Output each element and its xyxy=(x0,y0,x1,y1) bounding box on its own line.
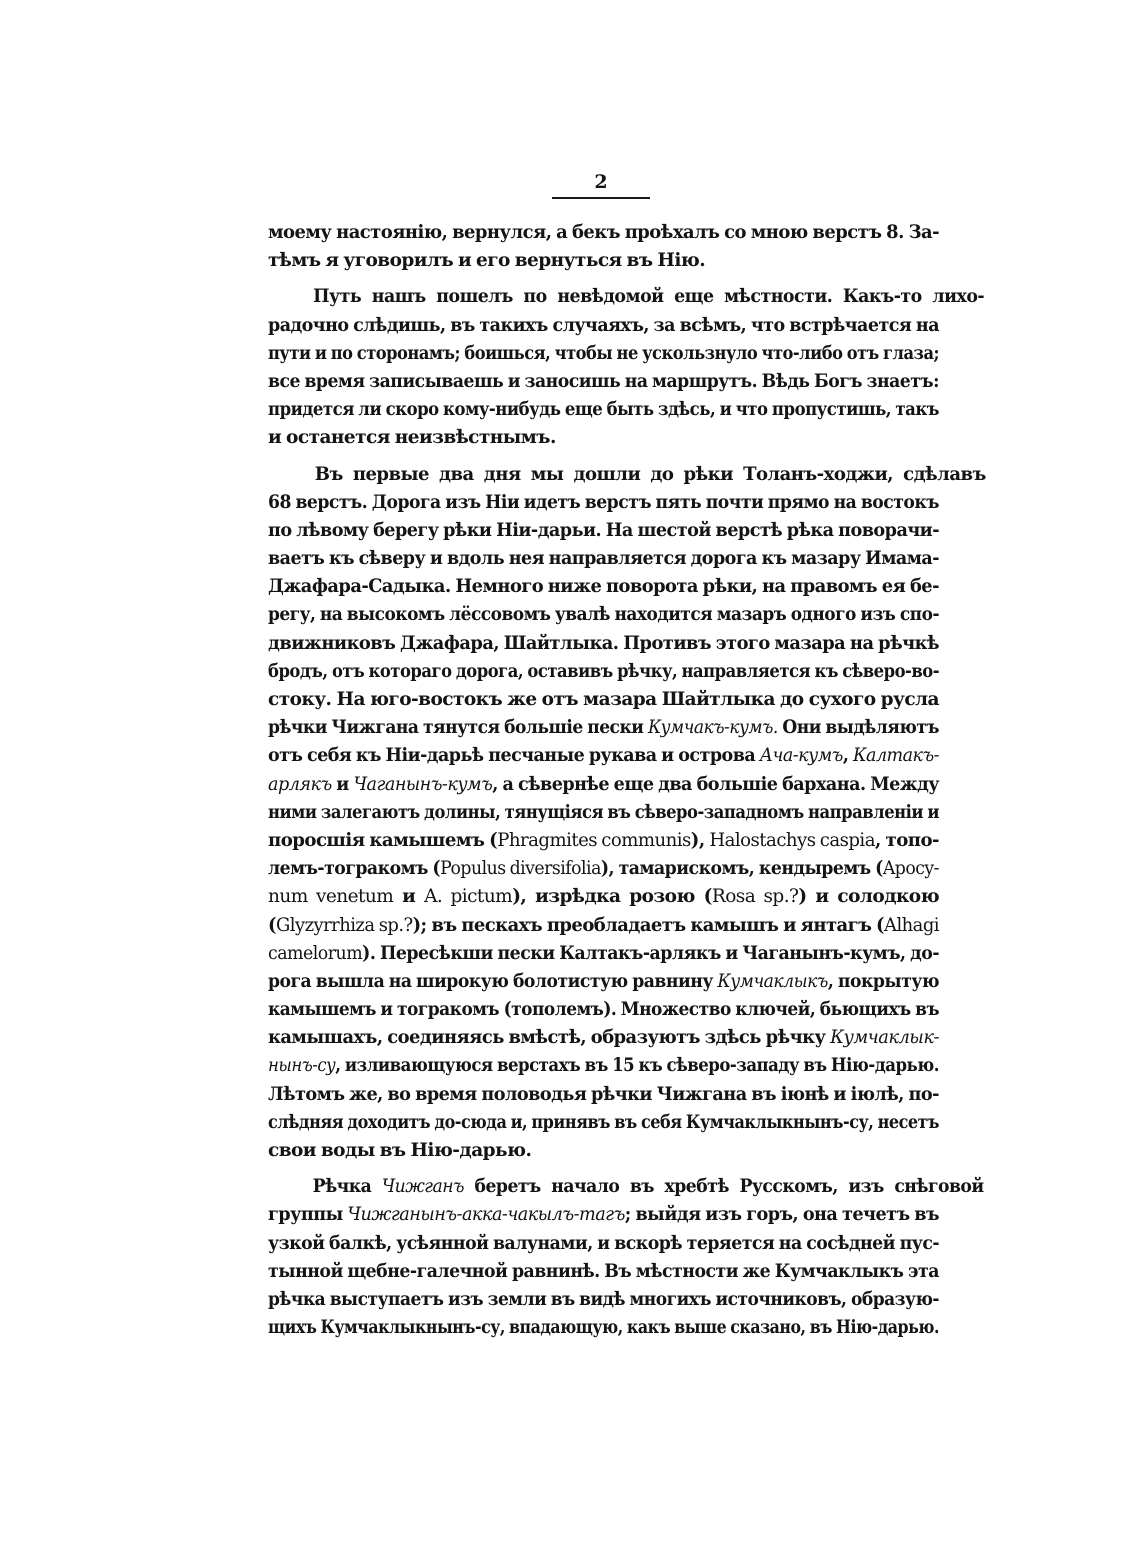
text-line: придется ли скоро кому-нибудь еще быть з… xyxy=(268,396,939,424)
paragraph: моему настоянію, вернулся, а бекъ проѣха… xyxy=(268,219,939,275)
place-name: Кумчакъ-кумъ. xyxy=(648,717,778,738)
text-line: (Glyzyrrhiza sp.?); въ пескахъ преоблада… xyxy=(268,912,939,940)
text-line: Лѣтомъ же, во время половодья рѣчки Чижг… xyxy=(268,1081,939,1109)
text-run: регу, на высокомъ лёссовомъ увалѣ находи… xyxy=(268,604,939,625)
latin-name: Rosa sp.? xyxy=(712,886,799,907)
latin-name: A. pictum xyxy=(424,886,512,907)
text-run: Джафара-Садыка. Немного ниже поворота рѣ… xyxy=(268,576,939,597)
text-line: пути и по сторонамъ; боишься, чтобы не у… xyxy=(268,340,939,368)
text-run: , xyxy=(843,745,853,766)
latin-name: Alhagi xyxy=(884,915,939,936)
text-line: щихъ Кумчаклыкнынъ-су, впадающую, какъ в… xyxy=(268,1314,939,1342)
text-run: камышахъ, соединяясь вмѣстѣ, образуютъ з… xyxy=(268,1027,830,1048)
text-run: ; выйдя изъ горъ, она течетъ въ xyxy=(625,1204,939,1225)
text-run: отъ себя къ Ніи-дарьѣ песчаные рукава и … xyxy=(268,745,760,766)
text-run: Въ первые два дня мы дошли до рѣки Толан… xyxy=(315,464,986,485)
text-line: ними залегаютъ долины, тянущіяся въ сѣве… xyxy=(268,799,939,827)
text-run: движниковъ Джафара, Шайтлыка. Противъ эт… xyxy=(268,633,939,654)
latin-name: num venetum xyxy=(268,886,393,907)
text-line: регу, на высокомъ лёссовомъ увалѣ находи… xyxy=(268,601,939,629)
place-name: Кумчаклык- xyxy=(830,1027,939,1048)
text-line: рѣчка выступаетъ изъ земли въ видѣ многи… xyxy=(268,1286,939,1314)
text-run: поросшія камышемъ ( xyxy=(268,830,497,851)
text-run: ) и солодкою xyxy=(798,886,939,907)
text-run: радочно слѣдишь, въ такихъ случаяхъ, за … xyxy=(268,315,939,336)
place-name: Ача-кумъ xyxy=(760,745,843,766)
text-line: по лѣвому берегу рѣки Ніи-дарьи. На шест… xyxy=(268,517,939,545)
text-line: моему настоянію, вернулся, а бекъ проѣха… xyxy=(268,219,939,247)
header-rule xyxy=(552,197,650,199)
text-run: ). Пересѣкши пески Калтакъ-арлякъ и Чага… xyxy=(362,943,939,964)
text-line: рога вышла на широкую болотистую равнину… xyxy=(268,968,939,996)
text-run: и xyxy=(393,886,424,907)
text-line: все время записываешь и заносишь на марш… xyxy=(268,368,939,396)
text-line: ваетъ къ сѣверу и вдоль нея направляется… xyxy=(268,545,939,573)
text-run: ), изрѣдка розою ( xyxy=(512,886,712,907)
text-line: камышахъ, соединяясь вмѣстѣ, образуютъ з… xyxy=(268,1024,939,1052)
text-line: Джафара-Садыка. Немного ниже поворота рѣ… xyxy=(268,573,939,601)
text-run: , а сѣвернѣе еще два большіе бархана. Ме… xyxy=(492,774,939,795)
text-run: 68 верстъ. Дорога изъ Ніи идетъ верстъ п… xyxy=(268,492,939,513)
text-line: слѣдняя доходитъ до-сюда и, принявъ въ с… xyxy=(268,1109,939,1137)
text-run: , покрытую xyxy=(828,971,939,992)
text-line: отъ себя къ Ніи-дарьѣ песчаные рукава и … xyxy=(268,742,939,770)
text-line: бродъ, отъ котораго дорога, оставивъ рѣч… xyxy=(268,658,939,686)
paragraph: Рѣчка Чижганъ беретъ начало въ хребтѣ Ру… xyxy=(268,1173,939,1342)
text-run: Лѣтомъ же, во время половодья рѣчки Чижг… xyxy=(268,1084,939,1105)
text-line: Въ первые два дня мы дошли до рѣки Толан… xyxy=(268,461,986,489)
text-run: стоку. На юго-востокъ же отъ мазара Шайт… xyxy=(268,689,939,710)
text-run: тынной щебне-галечной равнинѣ. Въ мѣстно… xyxy=(268,1261,939,1282)
latin-name: Populus diversifolia xyxy=(440,858,601,879)
latin-name: camelorum xyxy=(268,943,362,964)
text-run: слѣдняя доходитъ до-сюда и, принявъ въ с… xyxy=(268,1112,939,1133)
text-line: узкой балкѣ, усѣянной валунами, и вскорѣ… xyxy=(268,1230,939,1258)
text-run: щихъ Кумчаклыкнынъ-су, впадающую, какъ в… xyxy=(268,1317,939,1338)
text-run: беретъ начало въ хребтѣ Русскомъ, изъ сн… xyxy=(464,1176,984,1197)
page-header: 2 xyxy=(552,170,650,199)
text-line: тѣмъ я уговорилъ и его вернуться въ Нію. xyxy=(268,247,939,275)
text-run: свои воды въ Нію-дарью. xyxy=(268,1140,531,1161)
text-line: стоку. На юго-востокъ же отъ мазара Шайт… xyxy=(268,686,939,714)
text-run: рѣчка выступаетъ изъ земли въ видѣ многи… xyxy=(268,1289,939,1310)
text-run: Путь нашъ пошелъ по невѣдомой еще мѣстно… xyxy=(313,286,984,307)
latin-name: Phragmites communis xyxy=(497,830,691,851)
place-name: нынъ-су xyxy=(268,1055,335,1076)
text-run: ними залегаютъ долины, тянущіяся въ сѣве… xyxy=(268,802,939,823)
text-run: все время записываешь и заносишь на марш… xyxy=(268,371,939,392)
text-run: , изливающуюся верстахъ въ 15 къ сѣверо-… xyxy=(335,1055,939,1076)
text-line: свои воды въ Нію-дарью. xyxy=(268,1137,939,1165)
text-run: рѣчки Чижгана тянутся большіе пески xyxy=(268,717,648,738)
text-line: камышемъ и тогракомъ (тополемъ). Множест… xyxy=(268,996,939,1024)
text-run: камышемъ и тогракомъ (тополемъ). Множест… xyxy=(268,999,939,1020)
text-run: моему настоянію, вернулся, а бекъ проѣха… xyxy=(268,222,939,243)
place-name: Кумчаклыкъ xyxy=(717,971,827,992)
latin-name: Halostachys caspia xyxy=(709,830,875,851)
text-run: по лѣвому берегу рѣки Ніи-дарьи. На шест… xyxy=(268,520,939,541)
text-line: поросшія камышемъ (Phragmites communis),… xyxy=(268,827,939,855)
page-number: 2 xyxy=(552,170,650,194)
text-run: , топо- xyxy=(875,830,939,851)
text-run: узкой балкѣ, усѣянной валунами, и вскорѣ… xyxy=(268,1233,939,1254)
place-name: Чижганъ xyxy=(382,1176,464,1197)
text-run: тѣмъ я уговорилъ и его вернуться въ Нію. xyxy=(268,250,705,271)
text-run: и останется неизвѣстнымъ. xyxy=(268,427,556,448)
text-line: нынъ-су, изливающуюся верстахъ въ 15 къ … xyxy=(268,1052,939,1080)
text-run: ); въ пескахъ преобладаетъ камышъ и янта… xyxy=(413,915,884,936)
paragraph: Въ первые два дня мы дошли до рѣки Толан… xyxy=(268,461,939,1166)
text-run: группы xyxy=(268,1204,347,1225)
text-run: пути и по сторонамъ; боишься, чтобы не у… xyxy=(268,343,939,364)
place-name: Чижганынъ-акка-чакылъ-тагъ xyxy=(347,1204,624,1225)
text-line: тынной щебне-галечной равнинѣ. Въ мѣстно… xyxy=(268,1258,939,1286)
place-name: арлякъ xyxy=(268,774,332,795)
text-line: радочно слѣдишь, въ такихъ случаяхъ, за … xyxy=(268,312,939,340)
text-run: ), тамарискомъ, кендыремъ ( xyxy=(601,858,883,879)
text-line: camelorum). Пересѣкши пески Калтакъ-арля… xyxy=(268,940,939,968)
text-line: Путь нашъ пошелъ по невѣдомой еще мѣстно… xyxy=(268,283,984,311)
text-line: арлякъ и Чаганынъ-кумъ, а сѣвернѣе еще д… xyxy=(268,771,939,799)
text-run: Рѣчка xyxy=(313,1176,382,1197)
text-line: группы Чижганынъ-акка-чакылъ-тагъ; выйдя… xyxy=(268,1201,939,1229)
text-line: num venetum и A. pictum), изрѣдка розою … xyxy=(268,883,939,911)
latin-name: Glyzyrrhiza sp.? xyxy=(276,915,413,936)
text-run: и xyxy=(332,774,354,795)
latin-name: Apocy- xyxy=(883,858,939,879)
text-line: лемъ-тогракомъ (Populus diversifolia), т… xyxy=(268,855,939,883)
body-text: моему настоянію, вернулся, а бекъ проѣха… xyxy=(268,219,939,1342)
text-run: бродъ, отъ котораго дорога, оставивъ рѣч… xyxy=(268,661,939,682)
text-line: Рѣчка Чижганъ беретъ начало въ хребтѣ Ру… xyxy=(268,1173,984,1201)
text-run: ), xyxy=(691,830,710,851)
place-name: Калтакъ- xyxy=(853,745,939,766)
text-run: придется ли скоро кому-нибудь еще быть з… xyxy=(268,399,939,420)
text-run: рога вышла на широкую болотистую равнину xyxy=(268,971,717,992)
text-run: ваетъ къ сѣверу и вдоль нея направляется… xyxy=(268,548,939,569)
text-line: 68 верстъ. Дорога изъ Ніи идетъ верстъ п… xyxy=(268,489,939,517)
text-line: рѣчки Чижгана тянутся большіе пески Кумч… xyxy=(268,714,939,742)
text-line: движниковъ Джафара, Шайтлыка. Противъ эт… xyxy=(268,630,939,658)
text-run: лемъ-тогракомъ ( xyxy=(268,858,440,879)
text-run: Они выдѣляютъ xyxy=(778,717,939,738)
text-line: и останется неизвѣстнымъ. xyxy=(268,424,939,452)
place-name: Чаганынъ-кумъ xyxy=(353,774,492,795)
paragraph: Путь нашъ пошелъ по невѣдомой еще мѣстно… xyxy=(268,283,939,452)
